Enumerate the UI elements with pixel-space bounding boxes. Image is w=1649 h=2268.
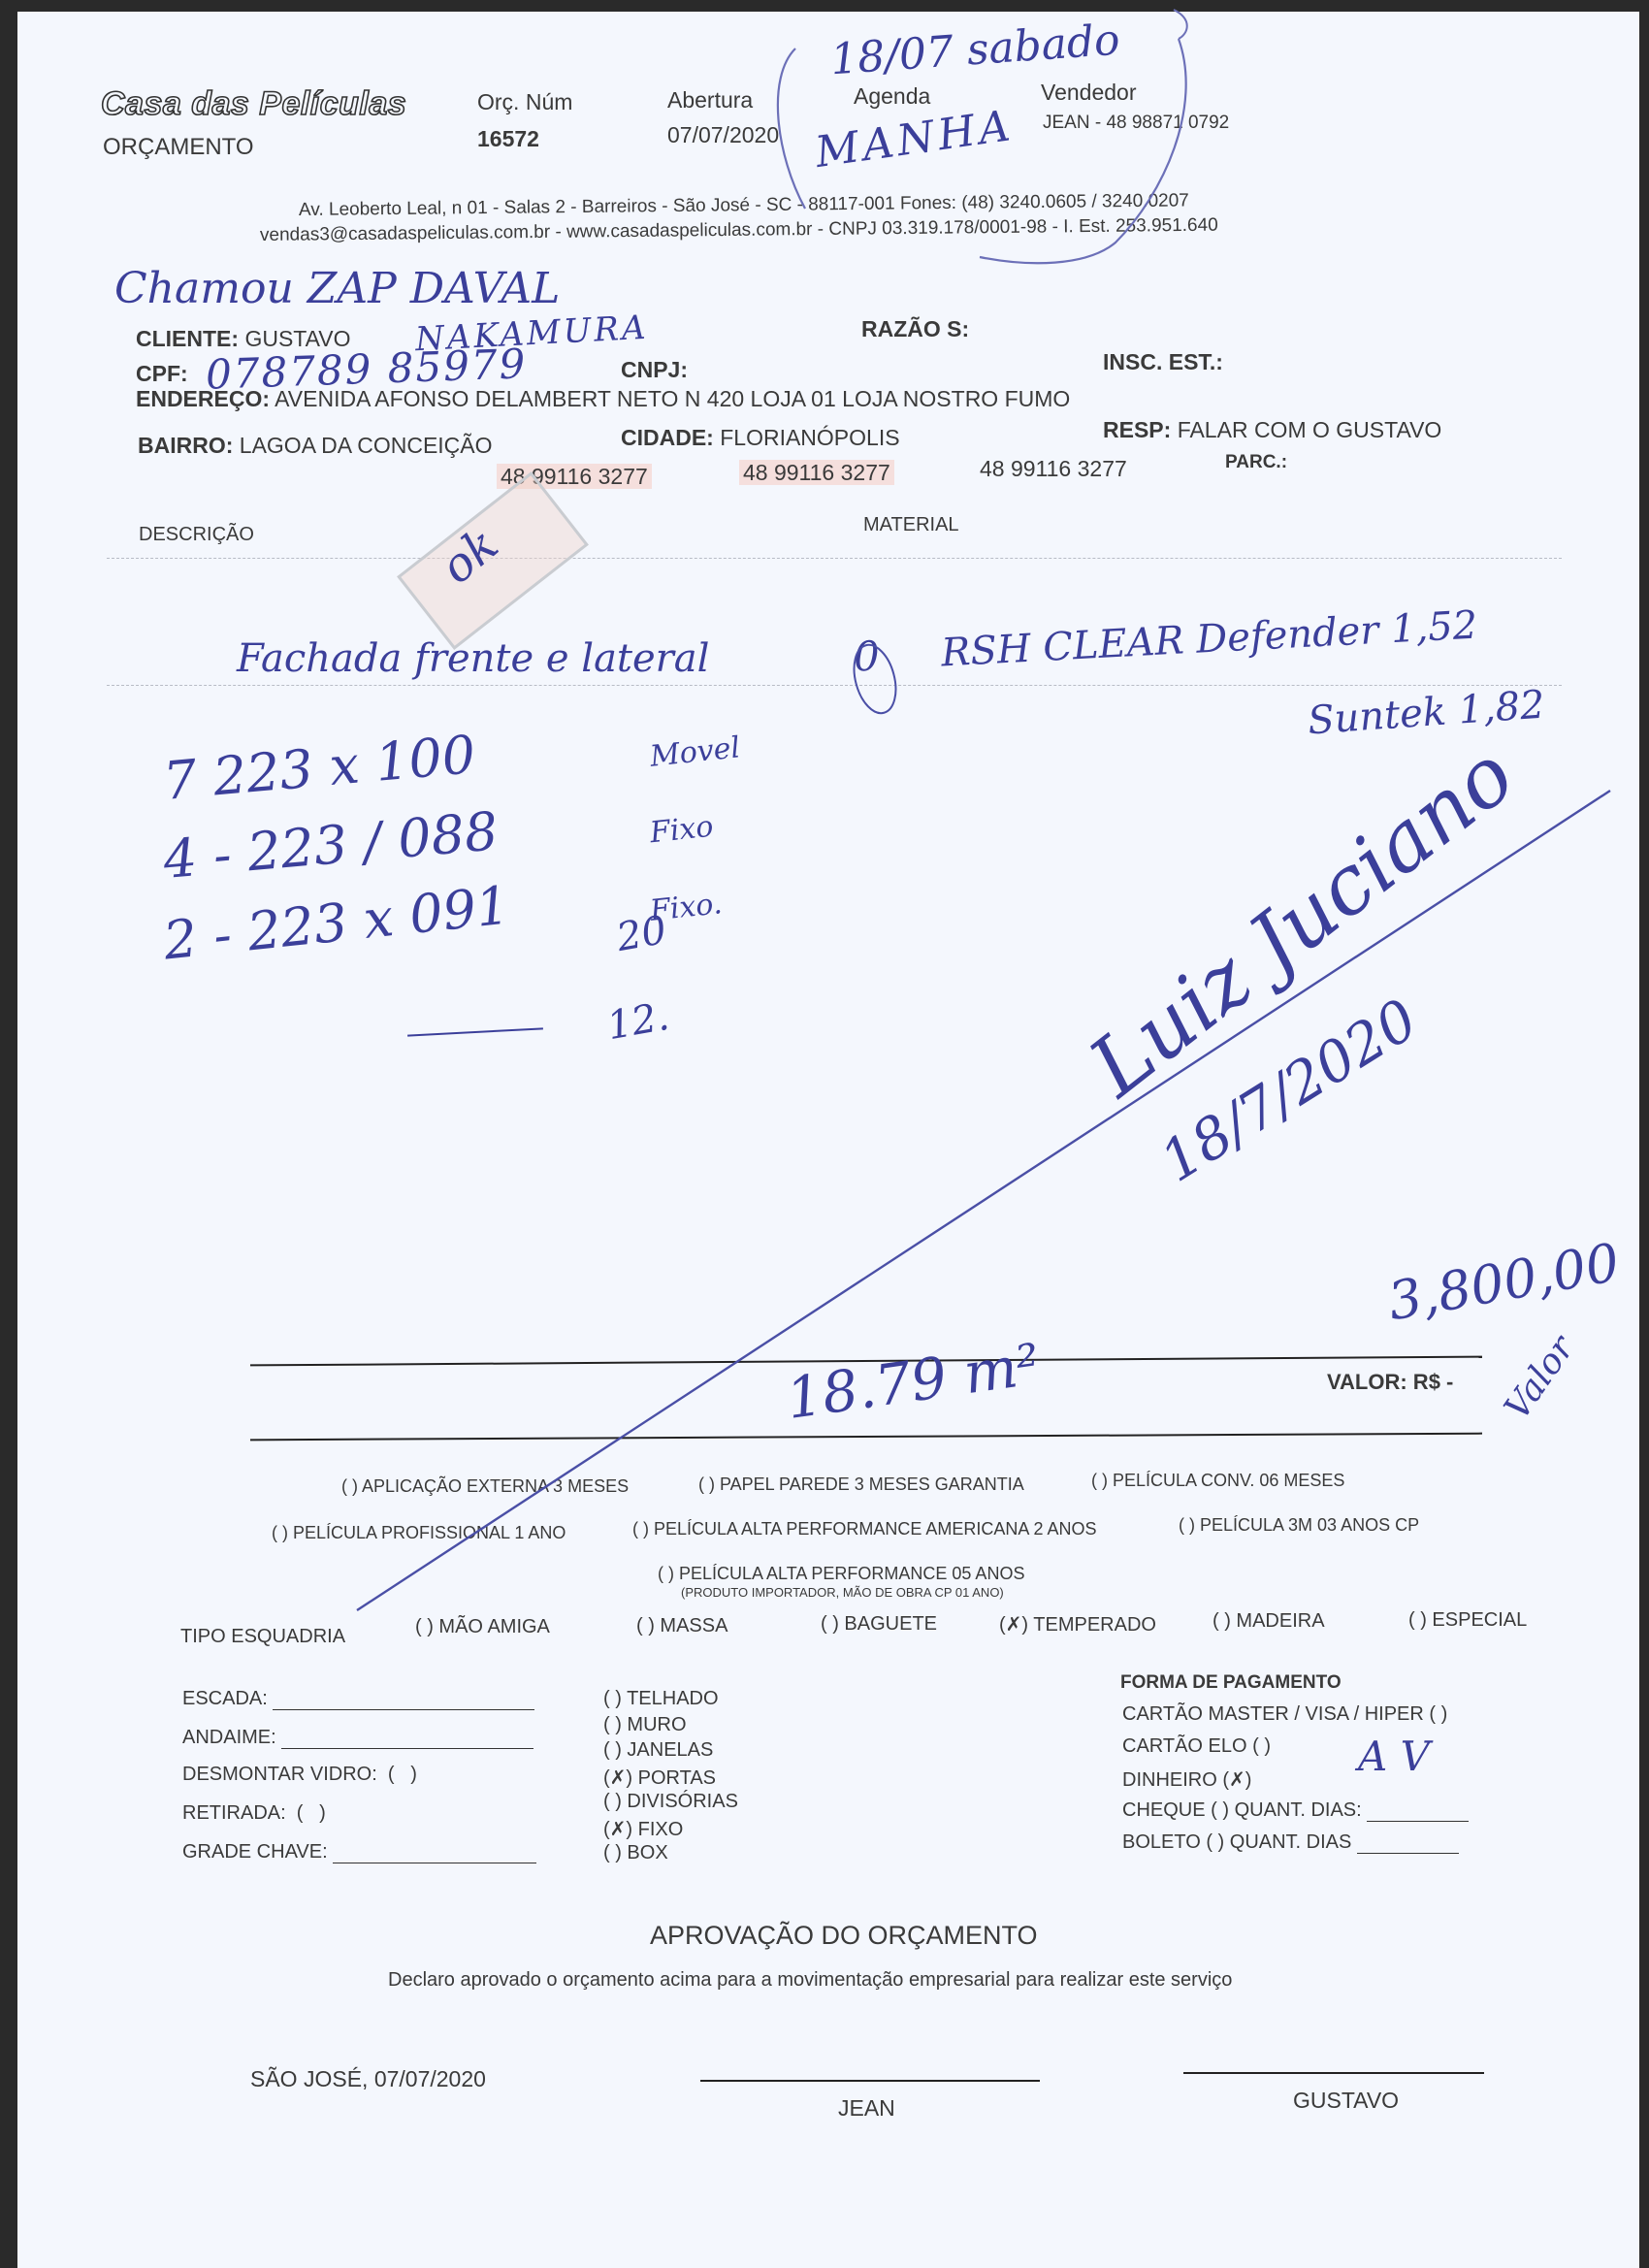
hw-material-mark: 0: [853, 632, 880, 681]
pagamento-title: FORMA DE PAGAMENTO: [1120, 1672, 1342, 1694]
esquadria-option-checkbox[interactable]: ( ) MADEIRA: [1212, 1610, 1325, 1633]
cliente-label: CLIENTE:: [136, 326, 239, 351]
desmontar-vidro-checkbox[interactable]: DESMONTAR VIDRO: ( ): [182, 1764, 417, 1786]
place-date: SÃO JOSÉ, 07/07/2020: [250, 2066, 486, 2092]
pagamento-option-checkbox[interactable]: CHEQUE ( ) QUANT. DIAS:: [1122, 1799, 1469, 1822]
cidade-row: CIDADE: FLORIANÓPOLIS: [621, 425, 900, 451]
pagamento-option-checkbox[interactable]: CARTÃO ELO ( ): [1122, 1735, 1271, 1758]
escada-field[interactable]: ESCADA:: [182, 1688, 534, 1710]
hw-note-top: Chamou ZAP DAVAL: [114, 264, 560, 313]
orc-num: 16572: [477, 126, 539, 152]
pagamento-option-checkbox[interactable]: BOLETO ( ) QUANT. DIAS: [1122, 1831, 1459, 1854]
esquadria-option-checkbox[interactable]: ( ) MASSA: [636, 1615, 727, 1637]
resp-label: RESP:: [1103, 417, 1171, 442]
pagamento-option-checkbox[interactable]: DINHEIRO (✗): [1122, 1767, 1251, 1792]
parc-label: PARC.:: [1225, 452, 1287, 473]
orc-num-label: Orç. Núm: [477, 89, 572, 115]
signature-line-jean: [700, 2080, 1040, 2082]
esquadria-option-checkbox[interactable]: ( ) ESPECIAL: [1408, 1609, 1527, 1632]
retirada-checkbox[interactable]: RETIRADA: ( ): [182, 1802, 326, 1825]
endereco-row: ENDEREÇO: AVENIDA AFONSO DELAMBERT NETO …: [136, 386, 1070, 412]
doc-type: ORÇAMENTO: [103, 134, 254, 161]
local-option-checkbox[interactable]: ( ) BOX: [603, 1842, 668, 1864]
hw-measure-type: Fixo: [648, 810, 715, 851]
andaime-field[interactable]: ANDAIME:: [182, 1727, 533, 1749]
cnpj-label: CNPJ:: [621, 357, 688, 383]
quant-dias-field[interactable]: QUANT. DIAS:: [1235, 1799, 1470, 1821]
endereco-value: AVENIDA AFONSO DELAMBERT NETO N 420 LOJA…: [275, 386, 1070, 411]
bairro-row: BAIRRO: LAGOA DA CONCEIÇÃO: [138, 433, 493, 459]
aprovacao-title: APROVAÇÃO DO ORÇAMENTO: [650, 1921, 1038, 1951]
service-option-checkbox[interactable]: ( ) PELÍCULA PROFISSIONAL 1 ANO: [272, 1523, 566, 1543]
agenda-label: Agenda: [854, 83, 930, 110]
insc-est-label: INSC. EST.:: [1103, 349, 1223, 375]
local-option-checkbox[interactable]: (✗) PORTAS: [603, 1766, 716, 1790]
esquadria-option-checkbox[interactable]: (✗) TEMPERADO: [999, 1612, 1156, 1636]
service-option-checkbox[interactable]: ( ) PELÍCULA ALTA PERFORMANCE 05 ANOS: [658, 1564, 1024, 1584]
esquadria-option-checkbox[interactable]: ( ) MÃO AMIGA: [415, 1616, 550, 1638]
service-option-checkbox[interactable]: ( ) PELÍCULA 3M 03 ANOS CP: [1179, 1515, 1419, 1536]
razao-label: RAZÃO S:: [861, 316, 969, 342]
line-2: [107, 685, 1562, 686]
local-option-checkbox[interactable]: ( ) MURO: [603, 1714, 687, 1736]
pagamento-option-checkbox[interactable]: CARTÃO MASTER / VISA / HIPER ( ): [1122, 1703, 1447, 1726]
abertura-date: 07/07/2020: [667, 122, 779, 148]
descricao-header: DESCRIÇÃO: [139, 524, 254, 546]
quant-dias-field[interactable]: QUANT. DIAS: [1230, 1831, 1459, 1853]
local-option-checkbox[interactable]: ( ) DIVISÓRIAS: [603, 1791, 738, 1813]
grade-chave-field[interactable]: GRADE CHAVE:: [182, 1841, 536, 1863]
phone-3: 48 99116 3277: [980, 456, 1127, 482]
signature-label-gustavo: GUSTAVO: [1293, 2088, 1399, 2114]
company-logo: Casa das Películas: [101, 85, 406, 123]
line-1: [107, 558, 1562, 559]
material-header: MATERIAL: [863, 514, 959, 536]
cidade-value: FLORIANÓPOLIS: [720, 425, 899, 450]
abertura-label: Abertura: [667, 87, 753, 113]
hw-description: Fachada frente e lateral: [237, 636, 709, 681]
aprovacao-text: Declaro aprovado o orçamento acima para …: [388, 1969, 1232, 1992]
phone-2: 48 99116 3277: [739, 460, 894, 486]
signature-line-gustavo: [1183, 2072, 1484, 2074]
resp-row: RESP: FALAR COM O GUSTAVO: [1103, 417, 1441, 443]
service-note: (PRODUTO IMPORTADOR, MÃO DE OBRA CP 01 A…: [681, 1585, 1004, 1600]
service-option-checkbox[interactable]: ( ) PELÍCULA ALTA PERFORMANCE AMERICANA …: [632, 1519, 1096, 1539]
valor-label: VALOR: R$ -: [1327, 1370, 1453, 1395]
vendedor-value: JEAN - 48 98871 0792: [1043, 113, 1229, 134]
bairro-value: LAGOA DA CONCEIÇÃO: [240, 433, 493, 458]
esquadria-label: TIPO ESQUADRIA: [180, 1626, 345, 1648]
endereco-label: ENDEREÇO:: [136, 386, 270, 411]
local-option-checkbox[interactable]: ( ) TELHADO: [603, 1688, 719, 1710]
service-option-checkbox[interactable]: ( ) PELÍCULA CONV. 06 MESES: [1091, 1471, 1344, 1491]
hw-tally-1: 20: [613, 908, 669, 960]
service-option-checkbox[interactable]: ( ) PAPEL PAREDE 3 MESES GARANTIA: [698, 1474, 1024, 1495]
local-option-checkbox[interactable]: (✗) FIXO: [603, 1817, 683, 1841]
bairro-label: BAIRRO:: [138, 433, 233, 458]
signature-label-jean: JEAN: [838, 2095, 895, 2122]
service-option-checkbox[interactable]: ( ) APLICAÇÃO EXTERNA 3 MESES: [341, 1476, 629, 1497]
hw-pagamento-note: A V: [1358, 1733, 1430, 1780]
cidade-label: CIDADE:: [621, 425, 714, 450]
resp-value: FALAR COM O GUSTAVO: [1178, 417, 1442, 442]
local-option-checkbox[interactable]: ( ) JANELAS: [603, 1739, 713, 1762]
esquadria-option-checkbox[interactable]: ( ) BAGUETE: [821, 1613, 937, 1636]
cpf-label: CPF:: [136, 361, 188, 387]
vendedor-label: Vendedor: [1041, 80, 1136, 106]
